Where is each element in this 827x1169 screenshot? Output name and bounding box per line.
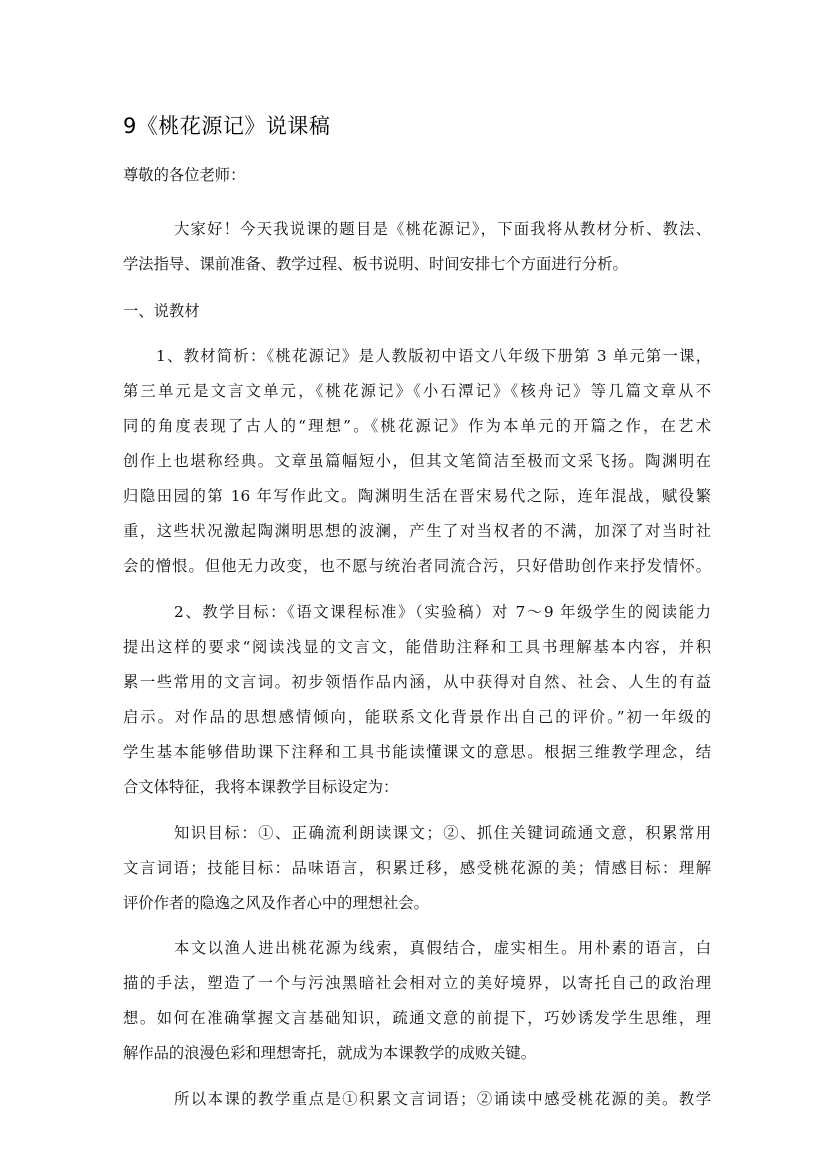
paragraph-line: 描的手法，塑造了一个与污浊黑暗社会相对立的美好境界，以寄托自己的政治理 [123, 972, 711, 994]
paragraph-line: 一、说教材 [123, 300, 711, 322]
paragraph-line: 想。如何在准确掌握文言基础知识，疏通文意的前提下，巧妙诱发学生思维，理 [123, 1007, 711, 1029]
paragraph-line: 同的角度表现了古人的“理想”。《桃花源记》作为本单元的开篇之作，在艺术 [123, 415, 711, 437]
paragraph-line: 第三单元是文言文单元，《桃花源记》《小石潭记》《核舟记》等几篇文章从不 [123, 380, 711, 402]
paragraph-line: 所以本课的教学重点是①积累文言词语；②诵读中感受桃花源的美。教学 [174, 1088, 711, 1110]
paragraph-line: 归隐田园的第 16 年写作此文。陶渊明生活在晋宋易代之际，连年混战，赋役繁 [123, 485, 711, 507]
paragraph-line: 本文以渔人进出桃花源为线索，真假结合，虚实相生。用朴素的语言，白 [174, 937, 711, 959]
paragraph-line: 累一些常用的文言词。初步领悟作品内涵，从中获得对自然、社会、人生的有益 [123, 671, 711, 693]
paragraph-line: 启示。对作品的思想感情倾向，能联系文化背景作出自己的评价。”初一年级的 [123, 706, 711, 728]
paragraph-line: 合文体特征，我将本课教学目标设定为： [123, 776, 711, 798]
paragraph-line: 1、教材简析：《桃花源记》是人教版初中语文八年级下册第 3 单元第一课， [156, 345, 711, 367]
paragraph-line: 解作品的浪漫色彩和理想寄托，就成为本课教学的成败关键。 [123, 1042, 711, 1064]
paragraph-line: 学生基本能够借助课下注释和工具书能读懂课文的意思。根据三维教学理念，结 [123, 741, 711, 763]
salutation: 尊敬的各位老师： [123, 164, 711, 186]
paragraph-line: 提出这样的要求“阅读浅显的文言文，能借助注释和工具书理解基本内容，并积 [123, 636, 711, 658]
paragraph-line: 会的憎恨。但他无力改变，也不愿与统治者同流合污，只好借助创作来抒发情怀。 [123, 555, 711, 577]
paragraph-line: 2、教学目标：《语文课程标准》（实验稿）对 7～9 年级学生的阅读能力 [174, 601, 711, 623]
paragraph-line: 学法指导、课前准备、教学过程、板书说明、时间安排七个方面进行分析。 [123, 253, 711, 275]
paragraph-line: 知识目标：①、正确流利朗读课文；②、抓住关键词疏通文意，积累常用 [174, 822, 711, 844]
paragraph-line: 评价作者的隐逸之风及作者心中的理想社会。 [123, 892, 711, 914]
paragraph-line: 文言词语；技能目标：品味语言，积累迁移，感受桃花源的美；情感目标：理解 [123, 857, 711, 879]
paragraph-line: 大家好！今天我说课的题目是《桃花源记》，下面我将从教材分析、教法、 [174, 218, 711, 240]
document-page: 9《桃花源记》说课稿 尊敬的各位老师： 大家好！今天我说课的题目是《桃花源记》，… [0, 0, 827, 1169]
paragraph-line: 重，这些状况激起陶渊明思想的波澜，产生了对当权者的不满，加深了对当时社 [123, 520, 711, 542]
paragraph-line: 创作上也堪称经典。文章虽篇幅短小，但其文笔简洁至极而文采飞扬。陶渊明在 [123, 450, 711, 472]
document-title: 9《桃花源记》说课稿 [123, 110, 330, 140]
